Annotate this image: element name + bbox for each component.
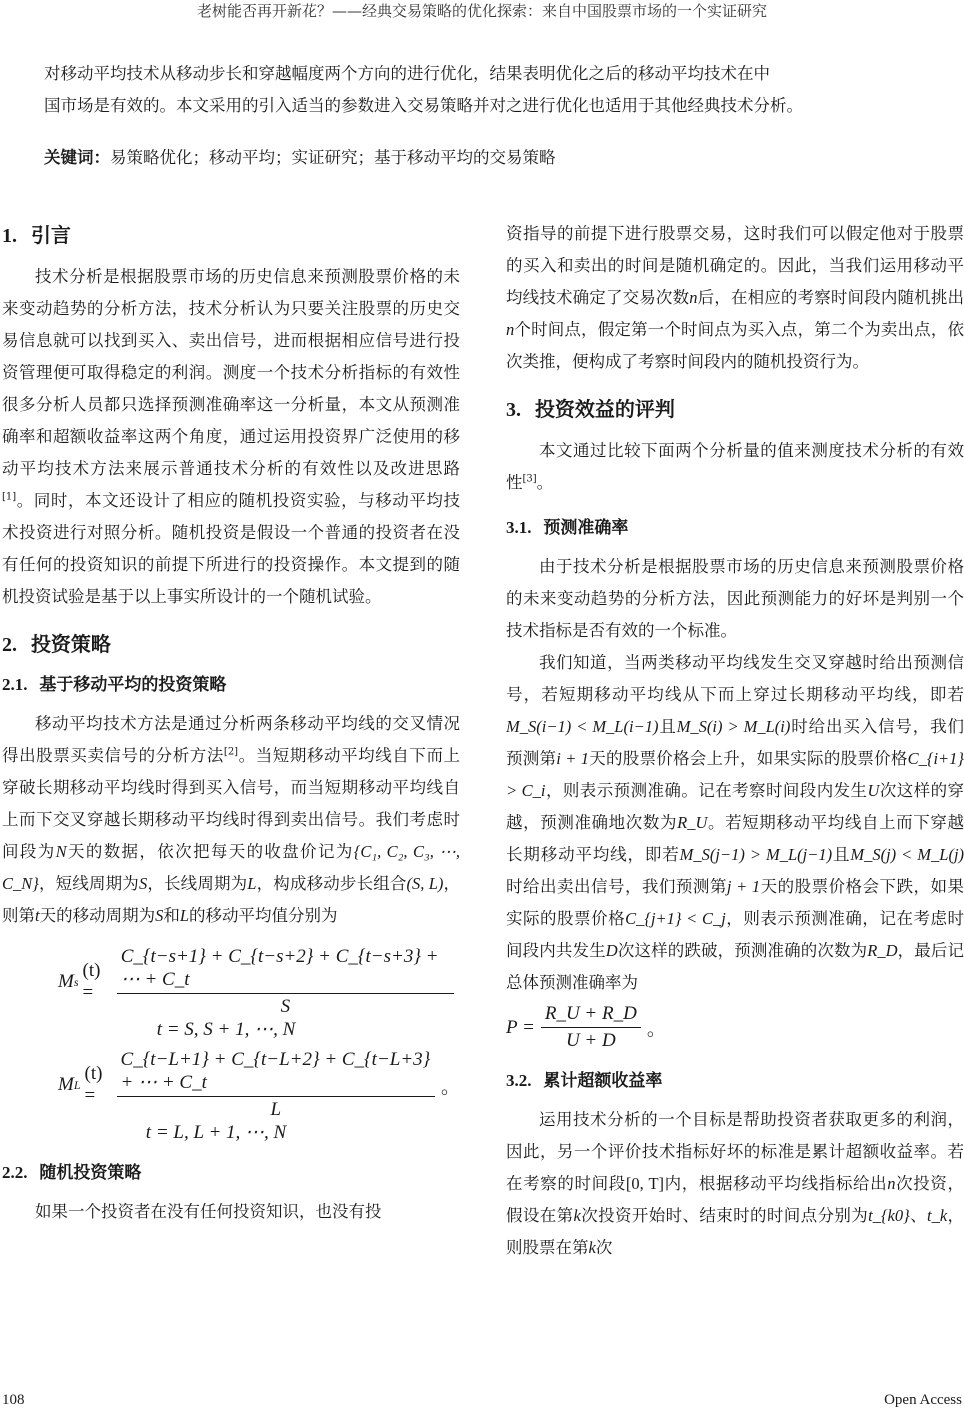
p-denominator: U + D bbox=[566, 1028, 616, 1052]
section-3-1-paragraph-2: 我们知道，当两类移动平均线发生交叉穿越时给出预测信号，若短期移动平均线从下而上穿… bbox=[506, 647, 964, 999]
section-3-1-heading: 3.1. 预测准确率 bbox=[506, 513, 964, 543]
section-2-2-paragraph-start: 如果一个投资者在没有任何投资知识，也没有投 bbox=[2, 1196, 460, 1228]
citation-3[interactable]: [3] bbox=[523, 474, 537, 485]
section-1-heading: 1. 引言 bbox=[2, 218, 460, 253]
running-header: 老树能否再开新花？——经典交易策略的优化探索：来自中国股票市场的一个实证研究 bbox=[0, 0, 964, 22]
publisher-label: Open Access bbox=[884, 1392, 962, 1409]
section-3-1-paragraph-1: 由于技术分析是根据股票市场的历史信息来预测股票价格的未来变动趋势的分析方法，因此… bbox=[506, 551, 964, 647]
formula-ml: ML (t) = C_{t−L+1} + C_{t−L+2} + C_{t−L+… bbox=[58, 1049, 460, 1121]
section-3-paragraph: 本文通过比较下面两个分析量的值来测度技术分析的有效性[3]。 bbox=[506, 435, 964, 499]
page-number: 108 bbox=[2, 1392, 25, 1409]
abstract: 对移动平均技术从移动步长和穿越幅度两个方向的进行优化，结果表明优化之后的移动平均… bbox=[44, 58, 924, 122]
ml-condition: t = L, L + 1, ⋯, N bbox=[0, 1121, 460, 1144]
section-2-1-paragraph: 移动平均技术方法是通过分析两条移动平均线的交叉情况得出股票买卖信号的分析方法[2… bbox=[2, 708, 460, 932]
citation-2[interactable]: [2] bbox=[224, 747, 238, 758]
section-2-2-paragraph-cont: 资指导的前提下进行股票交易，这时我们可以假定他对于股票的买入和卖出的时间是随机确… bbox=[506, 218, 964, 378]
p-numerator: R_U + R_D bbox=[541, 1003, 641, 1028]
citation-1[interactable]: [1] bbox=[2, 492, 16, 503]
keywords-label: 关键词： bbox=[44, 148, 110, 167]
formula-p: P = R_U + R_D U + D 。 bbox=[506, 1003, 964, 1052]
abstract-line-2: 国市场是有效的。本文采用的引入适当的参数进入交易策略并对之进行优化也适用于其他经… bbox=[44, 90, 924, 122]
section-2-2-heading: 2.2. 随机投资策略 bbox=[2, 1158, 460, 1188]
section-2-heading: 2. 投资策略 bbox=[2, 627, 460, 662]
ms-denominator: S bbox=[281, 994, 291, 1018]
right-column: 资指导的前提下进行股票交易，这时我们可以假定他对于股票的买入和卖出的时间是随机确… bbox=[506, 218, 964, 1264]
section-3-2-heading: 3.2. 累计超额收益率 bbox=[506, 1066, 964, 1096]
section-3-2-paragraph: 运用技术分析的一个目标是帮助投资者获取更多的利润，因此，另一个评价技术指标好坏的… bbox=[506, 1104, 964, 1264]
section-1-paragraph: 技术分析是根据股票市场的历史信息来预测股票价格的未来变动趋势的分析方法，技术分析… bbox=[2, 261, 460, 613]
ms-condition: t = S, S + 1, ⋯, N bbox=[0, 1018, 460, 1041]
ms-numerator: C_{t−s+1} + C_{t−s+2} + C_{t−s+3} + ⋯ + … bbox=[117, 946, 454, 994]
formula-ms: Ms (t) = C_{t−s+1} + C_{t−s+2} + C_{t−s+… bbox=[58, 946, 460, 1018]
section-3-heading: 3. 投资效益的评判 bbox=[506, 392, 964, 427]
ml-denominator: L bbox=[270, 1097, 281, 1121]
ml-numerator: C_{t−L+1} + C_{t−L+2} + C_{t−L+3} + ⋯ + … bbox=[117, 1049, 435, 1097]
abstract-line-1: 对移动平均技术从移动步长和穿越幅度两个方向的进行优化，结果表明优化之后的移动平均… bbox=[44, 58, 924, 90]
section-2-1-heading: 2.1. 基于移动平均的投资策略 bbox=[2, 670, 460, 700]
keywords-text: 易策略优化；移动平均；实证研究；基于移动平均的交易策略 bbox=[110, 148, 556, 167]
keywords: 关键词：易策略优化；移动平均；实证研究；基于移动平均的交易策略 bbox=[44, 143, 556, 173]
left-column: 1. 引言 技术分析是根据股票市场的历史信息来预测股票价格的未来变动趋势的分析方… bbox=[2, 218, 460, 1228]
